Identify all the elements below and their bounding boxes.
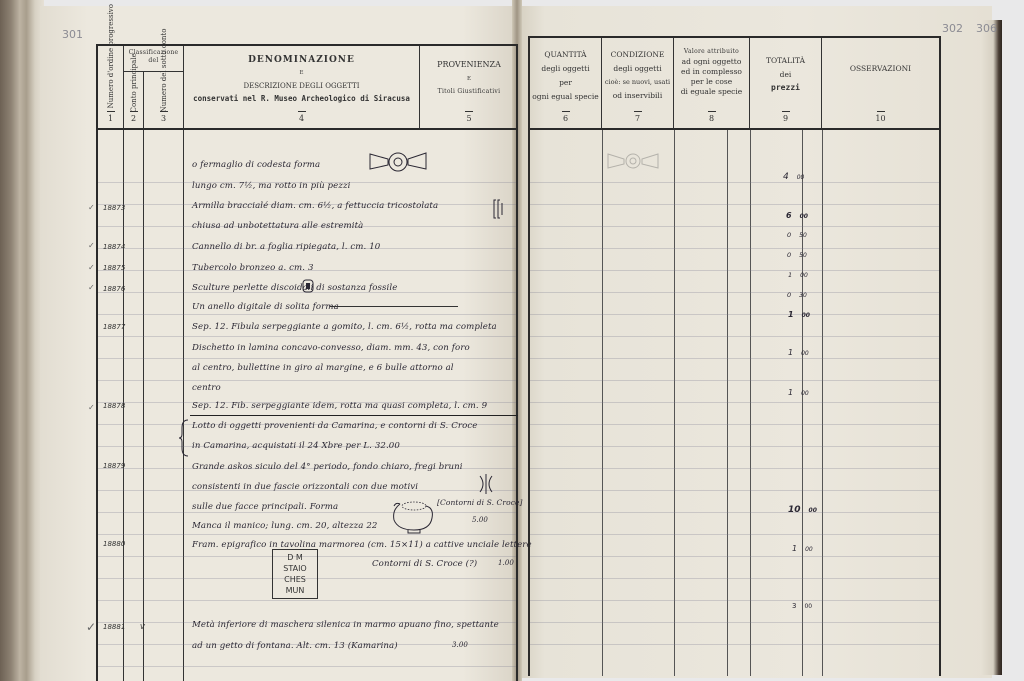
entry-line: Sep. 12. Fibula serpeggiante a gomito, l…: [192, 322, 497, 332]
ruled-line: [98, 666, 516, 667]
header-col-4: DENOMINAZIONE E DESCRIZIONE DEGLI OGGETT…: [184, 46, 420, 130]
entry-line: Contorni di S. Croce (?): [372, 559, 477, 569]
header-col-5-conj: E: [420, 76, 518, 83]
header-col-7-number: 7: [602, 111, 673, 125]
header-col-10-number: 10: [822, 111, 939, 125]
ruled-line: [530, 314, 939, 315]
price-cents: 50: [799, 252, 807, 259]
header-col-10: OSSERVAZIONI 10: [822, 38, 939, 130]
header-col-5: PROVENIENZA E Titoli Giustificativi 5: [420, 46, 518, 130]
price-units: 1: [792, 544, 797, 553]
col-divider-6: [602, 130, 603, 676]
ruled-line: [530, 380, 939, 381]
price-units: 3: [792, 602, 796, 610]
lot-bracket-icon: [178, 418, 190, 458]
ruled-line: [98, 380, 516, 381]
disc-bead-drawing-icon: [301, 278, 315, 294]
right-page-alt-number: 306: [976, 22, 997, 35]
header-col-9-line: dei: [750, 70, 821, 80]
left-page-number: 301: [62, 28, 83, 41]
price-units: 0: [787, 291, 791, 299]
total-price: 050: [787, 231, 807, 239]
price-cents: 00: [804, 603, 812, 610]
ruled-line: [530, 512, 939, 513]
ruled-line: [98, 358, 516, 359]
price-note: 5.00: [472, 516, 488, 524]
entry-line: Sculture perlette discoidali di sostanza…: [192, 283, 397, 293]
price-cents: 30: [799, 292, 807, 299]
header-col-2-number: 2: [124, 111, 143, 125]
col-divider-2: [143, 130, 144, 681]
col-divider-9: [822, 130, 823, 676]
header-col-6-line: ogni egual specie: [530, 92, 601, 102]
header-col-3-label: Numero del sotto conto: [159, 28, 167, 112]
header-col-5-subtitle: Titoli Giustificativi: [420, 88, 518, 96]
header-col-7-title: CONDIZIONE: [602, 50, 673, 60]
entry-line: ad un getto di fontana. Alt. cm. 13 (Kam…: [192, 641, 398, 651]
ruled-line: [530, 336, 939, 337]
price-units: 10: [788, 505, 801, 515]
check-mark: ✓: [88, 283, 95, 292]
total-price: 100: [788, 310, 810, 319]
header-col-5-title: PROVENIENZA: [420, 60, 518, 71]
header-col-10-title: OSSERVAZIONI: [822, 64, 939, 74]
price-units: 4: [783, 172, 789, 182]
inventory-number: 18876: [103, 285, 125, 293]
header-col-7: CONDIZIONE degli oggetti cioè: se nuovi,…: [602, 38, 674, 130]
ruled-line: [530, 644, 939, 645]
check-mark: ✓: [86, 620, 96, 634]
entry-line: sulle due facce principali. Forma: [192, 502, 338, 512]
price-units: 1: [788, 310, 794, 319]
inventory-number: 18880: [103, 540, 125, 548]
entry-line: Metà inferiore di maschera silenica in m…: [192, 620, 499, 630]
total-price: 030: [787, 291, 807, 299]
ribbed-bracelet-section-icon: [492, 198, 506, 220]
ruled-line: [98, 600, 516, 601]
price-cents: 00: [805, 546, 813, 553]
inscription-line: D M: [276, 552, 314, 563]
header-col-3-number: 3: [144, 111, 183, 125]
ruled-line: [530, 468, 939, 469]
total-price: 100: [792, 544, 813, 553]
entry-rule: [330, 306, 458, 307]
ruled-line: [530, 358, 939, 359]
price-units: 1: [788, 348, 793, 357]
ruled-line: [530, 578, 939, 579]
header-col-9-number: 9: [750, 111, 821, 125]
header-col-8-line: ed in complesso: [674, 67, 749, 77]
header-col-9: TOTALITÀ dei prezzi 9: [750, 38, 822, 130]
ruled-line: [530, 622, 939, 623]
ruled-line: [530, 490, 939, 491]
header-col-2: Conto principale 2: [124, 72, 144, 130]
total-price: 100: [788, 348, 809, 357]
col-divider-3: [183, 130, 184, 681]
header-col-1: Numero d'ordine progressivo 1: [98, 46, 124, 130]
header-col-4-subtitle: DESCRIZIONE DEGLI OGGETTI: [184, 82, 419, 91]
ruled-line: [98, 336, 516, 337]
col-divider-8: [750, 130, 751, 676]
price-units: 1: [788, 388, 793, 397]
price-note: 1.00: [498, 559, 514, 567]
header-col-7-line: od inservibili: [602, 91, 673, 101]
entry-line: Manca il manico; lung. cm. 20, altezza 2…: [192, 521, 378, 531]
header-col-9-line: prezzi: [750, 83, 821, 94]
total-price: 050: [787, 251, 807, 259]
header-col-6-title: QUANTITÀ: [530, 50, 601, 60]
header-col-7-line: degli oggetti: [602, 64, 673, 74]
price-note: 3.00: [452, 641, 468, 649]
price-units: 6: [786, 211, 792, 220]
entry-line: consistenti in due fascie orizzontali co…: [192, 482, 418, 492]
price-cents: 00: [809, 507, 817, 514]
total-price: 300: [792, 602, 812, 610]
clasp-drawing-icon: [368, 150, 428, 172]
book-cover-edge-right: [980, 20, 1002, 675]
ruled-line: [530, 424, 939, 425]
ruled-line: [530, 402, 939, 403]
header-col-7-line: cioè: se nuovi, usati: [602, 78, 673, 87]
entry-line: lungo cm. 7½, ma rotto in più pezzi: [192, 181, 350, 191]
ruled-line: [530, 248, 939, 249]
header-col-8-line: di eguale specie: [674, 87, 749, 97]
price-cents: 00: [800, 272, 808, 279]
entry-line: in Camarina, acquistati il 24 Xbre per L…: [192, 441, 400, 451]
entry-line: Cannello di br. a foglia ripiegata, l. c…: [192, 242, 380, 252]
entry-line: chiusa ad unbotettatura alle estremità: [192, 221, 363, 231]
ruled-line: [98, 534, 516, 535]
inventory-number: 18879: [103, 462, 125, 470]
check-mark: ✓: [88, 241, 95, 250]
total-price: 100: [788, 271, 808, 279]
entry-line: al centro, bullettine in giro al margine…: [192, 363, 454, 373]
header-col-8-line: ad ogni oggetto: [674, 57, 749, 67]
ruled-line: [530, 600, 939, 601]
price-cents: 50: [799, 232, 807, 239]
total-price: 400: [783, 172, 804, 182]
col-divider-8a: [727, 130, 728, 676]
header-col-6-line: per: [530, 78, 601, 88]
ruled-line: [530, 182, 939, 183]
ruled-line: [530, 204, 939, 205]
price-cents: 00: [801, 390, 809, 397]
inventory-number: 18874: [103, 243, 125, 251]
check-mark: ✓: [88, 403, 95, 412]
ruled-line: [98, 512, 516, 513]
inventory-number: 18881: [103, 623, 125, 631]
askos-vessel-drawing-icon: [390, 498, 436, 534]
inventory-number: 18877: [103, 323, 125, 331]
total-price: 1000: [788, 505, 817, 515]
subcount-mark: V: [140, 623, 145, 631]
price-units: 1: [788, 271, 792, 279]
header-col-2-label: Conto principale: [129, 53, 137, 112]
header-col-5-number: 5: [420, 111, 518, 125]
book-cover-edge-left: [0, 0, 44, 681]
entry-line: Dischetto in lamina concavo-convesso, di…: [192, 343, 470, 353]
header-col-8-line: per le cose: [674, 77, 749, 87]
inscription-line: MUN: [276, 585, 314, 596]
entry-line: Tubercolo bronzeo a. cm. 3: [192, 263, 314, 273]
motif-drawing-icon: [478, 474, 494, 494]
ruled-line: [530, 226, 939, 227]
col-divider-7: [674, 130, 675, 676]
provenance-note: [Contorni di S. Croce]: [437, 498, 523, 507]
header-col-4-subtitle2: conservati nel R. Museo Archeologico di …: [184, 94, 419, 104]
entry-separator: [190, 415, 518, 416]
ruled-line: [530, 534, 939, 535]
entry-line: Armilla braccialé diam. cm. 6½, a fettuc…: [192, 201, 438, 211]
header-col-4-conj: E: [184, 70, 419, 77]
price-units: 0: [787, 231, 791, 239]
price-cents: 00: [801, 350, 809, 357]
price-cents: 00: [802, 312, 810, 319]
right-page-number: 302: [942, 22, 963, 35]
entry-line: Lotto di oggetti provenienti da Camarina…: [192, 421, 477, 431]
header-col-6-number: 6: [530, 111, 601, 125]
inventory-number: 18875: [103, 264, 125, 272]
check-mark: ✓: [88, 263, 95, 272]
total-price: 600: [786, 211, 808, 220]
ruled-line: [530, 292, 939, 293]
header-col-4-number: 4: [184, 111, 419, 125]
right-ledger-table: QUANTITÀ degli oggetti per ogni egual sp…: [528, 36, 941, 676]
header-col-1-label: Numero d'ordine progressivo: [106, 4, 114, 108]
entry-line: o fermaglio di codesta forma: [192, 160, 320, 170]
total-price: 100: [788, 388, 809, 397]
header-col-6-line: degli oggetti: [530, 64, 601, 74]
header-col-8-title: Valore attribuito: [674, 48, 749, 56]
entry-line: Un anello digitale di solita forma: [192, 302, 339, 312]
bleed-through-clasp-drawing-icon: [606, 151, 660, 171]
inscription-line: CHES: [276, 574, 314, 585]
ruled-line: [530, 270, 939, 271]
header-col-9-title: TOTALITÀ: [750, 56, 821, 66]
ruled-line: [530, 556, 939, 557]
price-units: 0: [787, 251, 791, 259]
entry-line: Fram. epigrafico in tavolina marmorea (c…: [192, 540, 532, 550]
price-cents: 00: [797, 174, 805, 181]
ruled-line: [98, 314, 516, 315]
header-col-1-number: 1: [98, 111, 123, 125]
check-mark: ✓: [88, 203, 95, 212]
header-col-6: QUANTITÀ degli oggetti per ogni egual sp…: [530, 38, 602, 130]
header-col-3: Numero del sotto conto 3: [144, 72, 184, 130]
inventory-number: 18873: [103, 204, 125, 212]
header-col-4-title: DENOMINAZIONE: [184, 54, 419, 66]
open-ledger-book: 301 302 306 Numero d'ordine progressivo …: [0, 0, 1024, 681]
entry-line: Grande askos siculo del 4° periodo, fond…: [192, 462, 463, 472]
header-col-8: Valore attribuito ad ogni oggetto ed in …: [674, 38, 750, 130]
entry-line: centro: [192, 383, 221, 393]
price-cents: 00: [800, 213, 808, 220]
inscription-line: STAIO: [276, 563, 314, 574]
entry-line: Sep. 12. Fib. serpeggiante idem, rotta m…: [192, 401, 487, 411]
inventory-number: 18878: [103, 402, 125, 410]
header-col-8-number: 8: [674, 111, 749, 125]
ruled-line: [530, 446, 939, 447]
inscription-fragment-drawing: D M STAIO CHES MUN: [272, 549, 318, 599]
